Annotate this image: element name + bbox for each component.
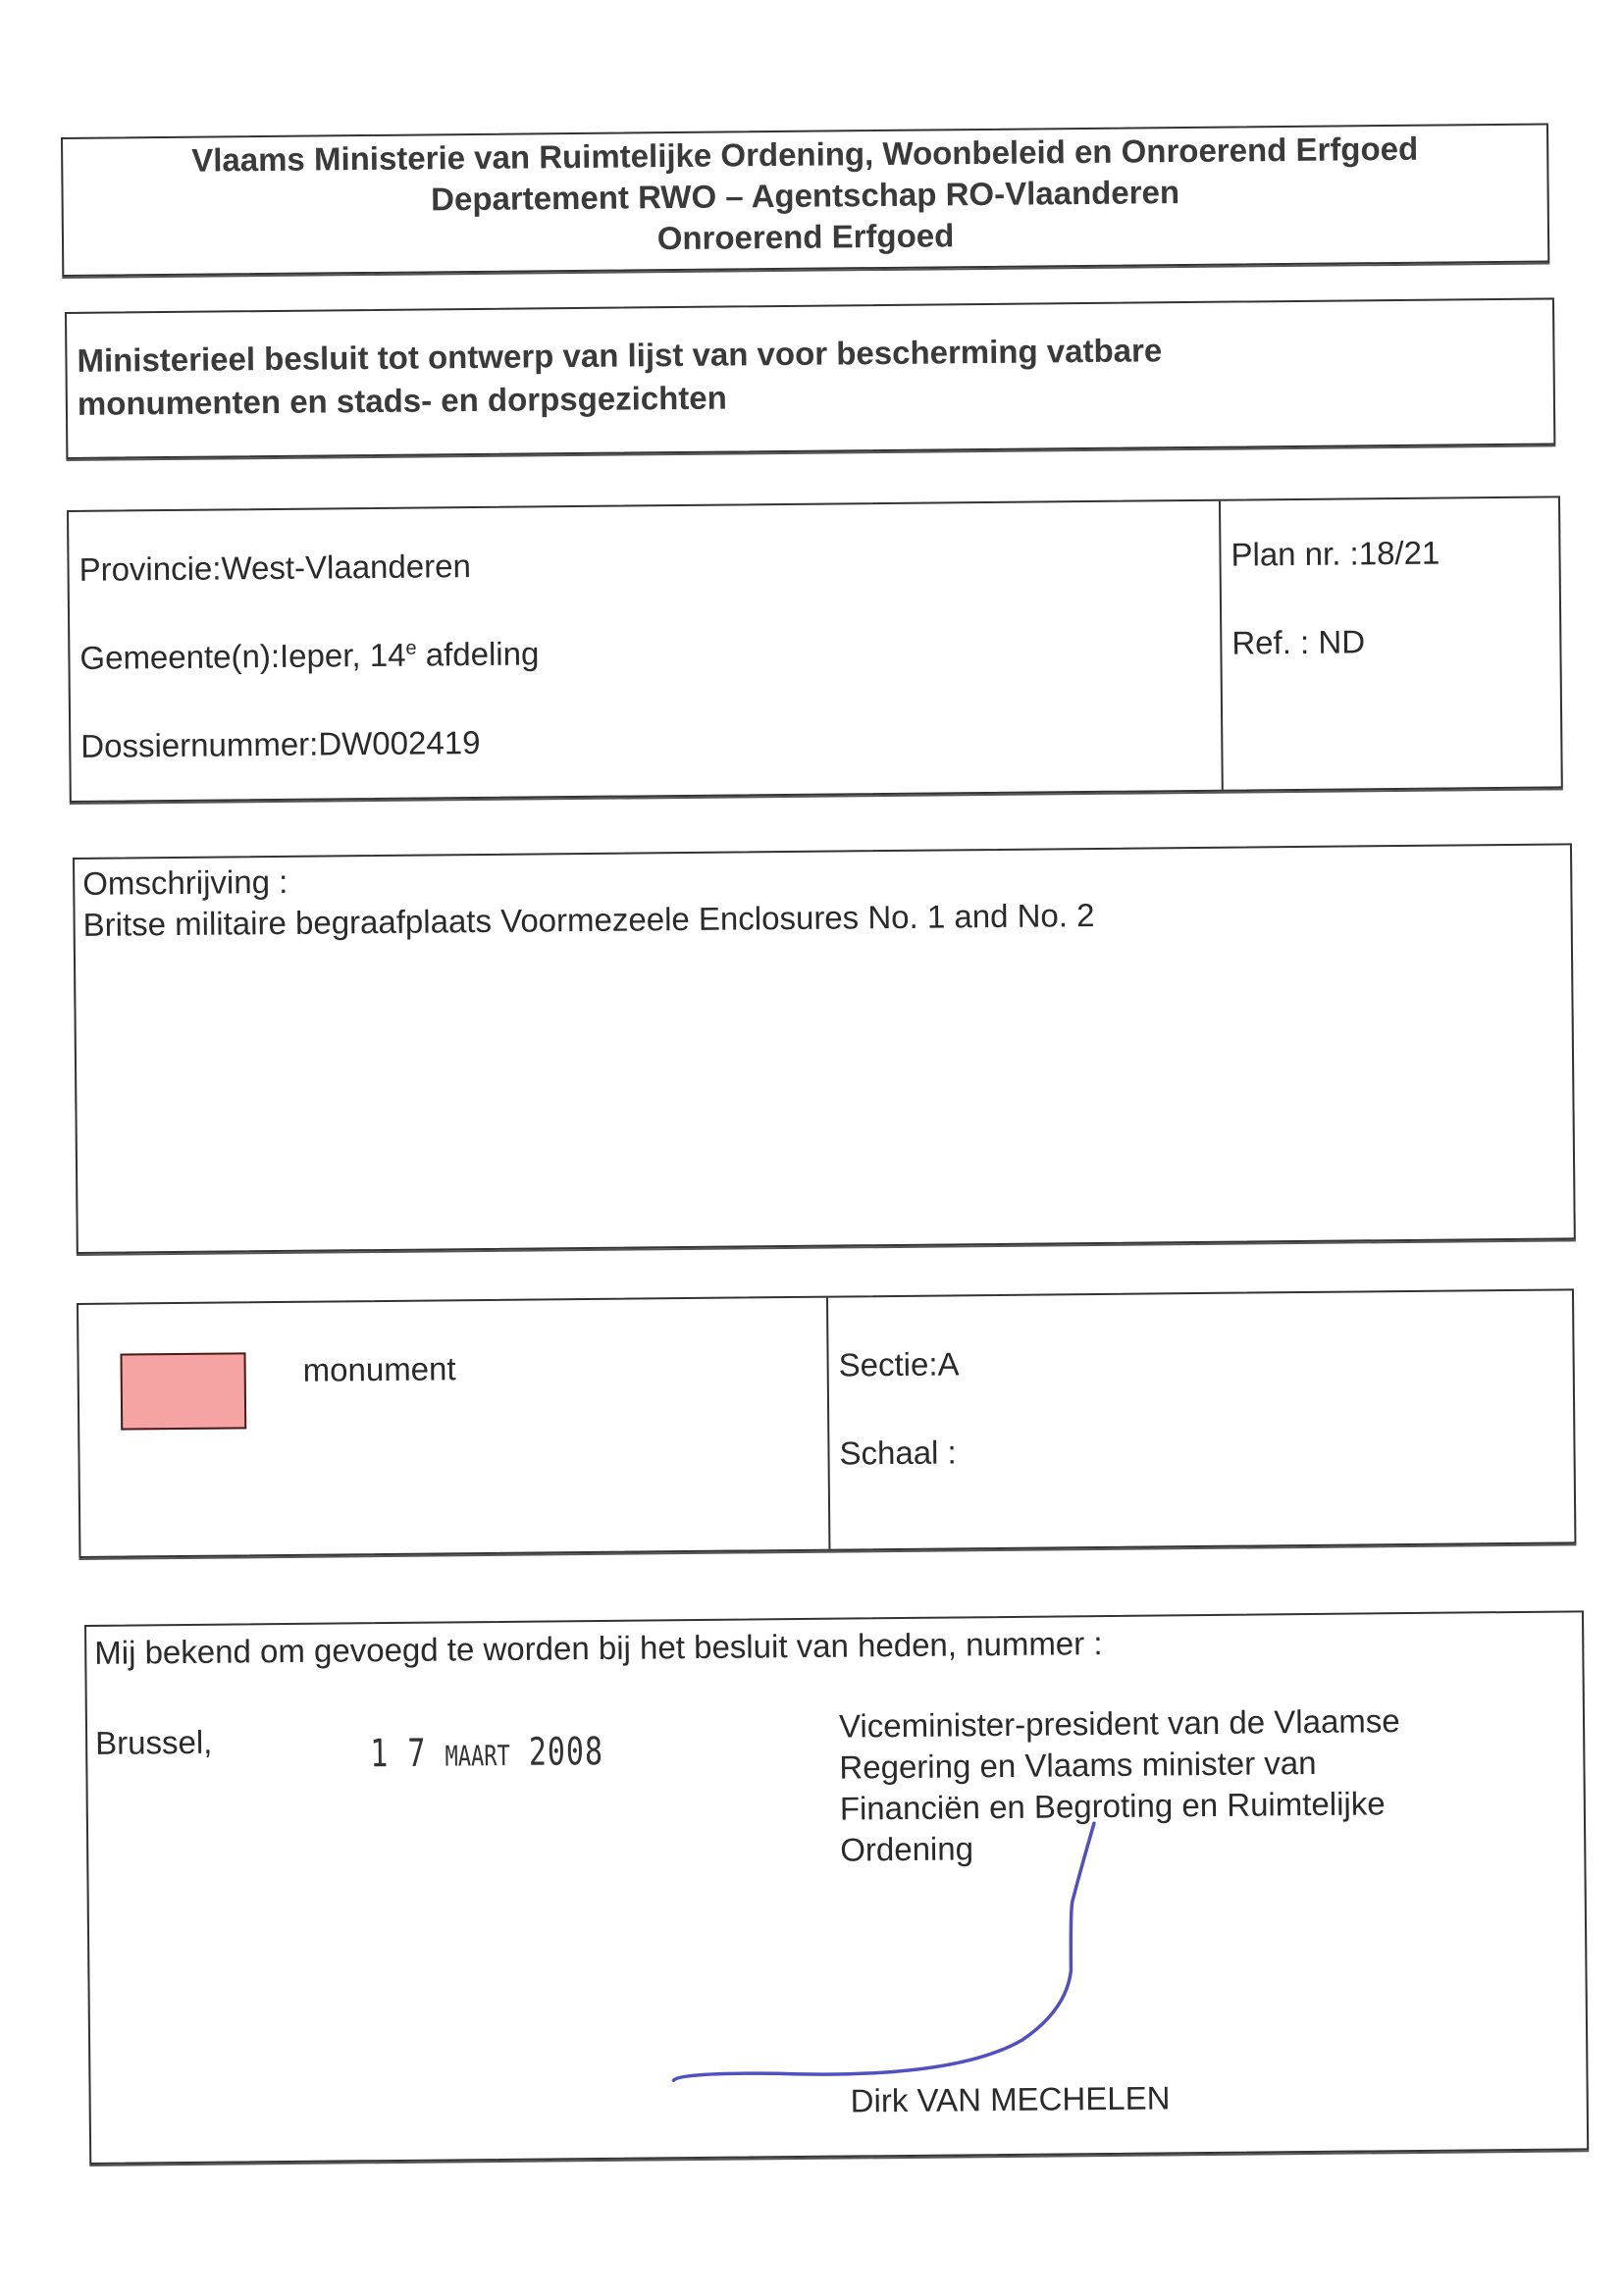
provincie-field: Provincie:West-Vlaanderen xyxy=(79,548,471,589)
document-title-line2: monumenten en stads- en dorpsgezichten xyxy=(78,372,1163,426)
plan-number: Plan nr. :18/21 xyxy=(1230,535,1440,574)
monument-swatch xyxy=(120,1352,246,1430)
gemeente-text: Gemeente(n):Ieper, 14 xyxy=(79,637,405,676)
sectie-field: Sectie:A xyxy=(838,1345,959,1383)
info-box: Provincie:West-Vlaanderen Gemeente(n):Ie… xyxy=(67,496,1563,803)
legend-label: monument xyxy=(302,1350,455,1388)
gemeente-suffix: afdeling xyxy=(416,635,539,672)
reference: Ref. : ND xyxy=(1231,623,1365,661)
description-text: Britse militaire begraafplaats Voormezee… xyxy=(82,895,1094,946)
description-box: Omschrijving : Britse militaire begraafp… xyxy=(73,843,1576,1254)
legend-divider xyxy=(826,1298,830,1549)
header-box: Vlaams Ministerie van Ruimtelijke Ordeni… xyxy=(61,123,1549,277)
legend-box: monument Sectie:A Schaal : xyxy=(77,1288,1576,1558)
dossier-field: Dossiernummer:DW002419 xyxy=(80,724,481,765)
handwritten-signature xyxy=(86,1612,1587,2163)
signatory-name: Dirk VAN MECHELEN xyxy=(851,2079,1171,2119)
title-box: Ministerieel besluit tot ontwerp van lij… xyxy=(65,297,1555,459)
schaal-field: Schaal : xyxy=(839,1434,957,1472)
gemeente-field: Gemeente(n):Ieper, 14e afdeling xyxy=(79,635,539,676)
signature-box: Mij bekend om gevoegd te worden bij het … xyxy=(84,1610,1589,2165)
gemeente-superscript: e xyxy=(405,638,416,659)
